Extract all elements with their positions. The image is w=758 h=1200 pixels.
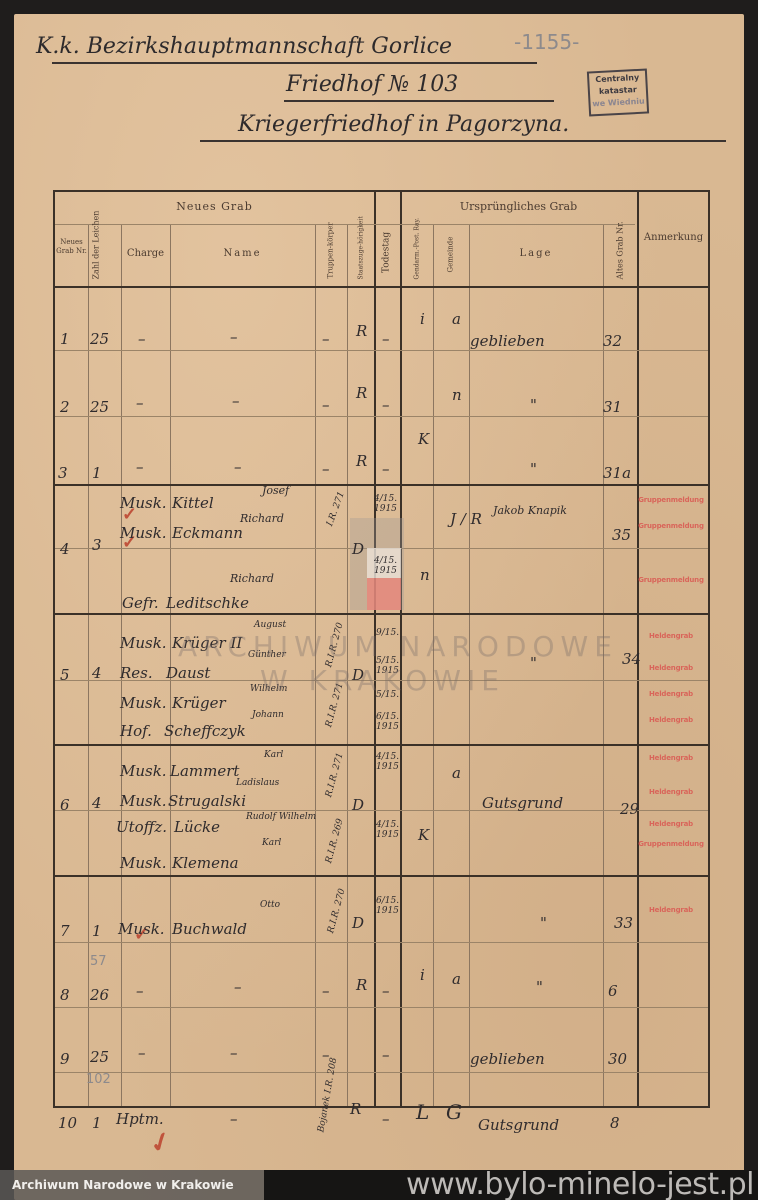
- row-6-location: Gutsgrund: [482, 794, 563, 812]
- row-8-death-date: –: [382, 982, 390, 1000]
- row-3-rank: –: [136, 458, 144, 476]
- row-4-entry-2-firstname: Richard: [240, 512, 284, 525]
- row-3-grave-number: 3: [58, 464, 68, 482]
- row-2-grave-number: 2: [60, 398, 70, 416]
- row-6-remark-stamp: Heldengrab: [638, 820, 704, 828]
- row-1-municipality: a: [452, 310, 461, 328]
- website-link[interactable]: www.bylo-minelo-jest.pl: [264, 1170, 758, 1200]
- row-10-nationality: R: [350, 1100, 361, 1118]
- row-8-rank: –: [136, 982, 144, 1000]
- row-8-grave-number: 8: [60, 986, 70, 1004]
- header-date-of-death: Todestag: [383, 228, 392, 278]
- row-9-location: geblieben: [470, 1050, 545, 1068]
- archive-watermark: ARCHIWUM NARODOWE: [178, 630, 618, 663]
- row-10-body-count: 1: [92, 1114, 102, 1132]
- row-6-entry-4-firstname: Karl: [262, 838, 281, 848]
- heading-underline: [200, 140, 726, 142]
- row-1-grave-number: 1: [60, 330, 70, 348]
- row-5-entry-4-rank: Hof.: [120, 722, 152, 740]
- row-8-gendarmerie: i: [420, 966, 425, 984]
- header-location: Lage: [469, 248, 603, 259]
- row-6-entry-2-rank: Musk.: [120, 792, 167, 810]
- row-4-nationality: D: [352, 540, 364, 558]
- row-7-grave-number: 7: [60, 922, 70, 940]
- row-6-entry-4-rank: Musk.: [120, 854, 167, 872]
- row-5-entry-3-rank: Musk.: [120, 694, 167, 712]
- header-number-of-bodies: Zahl der Leichen: [92, 230, 101, 280]
- row-6-entry-1-firstname: Karl: [264, 750, 283, 760]
- row-4-entry-3-death-date: 4/15. 1915: [374, 556, 400, 576]
- header-nationality: Staatszuge-hörigkeit: [357, 230, 366, 280]
- row-9-rank: –: [138, 1044, 146, 1062]
- row-7-death-date: 6/15. 1915: [376, 896, 402, 916]
- row-6-entry-3-firstname: Rudolf Wilhelm: [246, 812, 316, 822]
- row-4-municipality: J / R: [450, 510, 482, 528]
- row-4-remark-stamp: Gruppenmeldung: [638, 576, 704, 584]
- row-6-remark-stamp: Heldengrab: [638, 754, 704, 762]
- row-9-old-grave: 30: [608, 1050, 627, 1068]
- row-3-name: –: [234, 458, 242, 476]
- row-4-old-grave: 35: [612, 526, 631, 544]
- row-6-old-grave: 29: [620, 800, 639, 818]
- row-2-body-count: 25: [90, 398, 109, 416]
- row-1-nationality: R: [356, 322, 367, 340]
- row-6-gendarmerie: K: [418, 826, 429, 844]
- row-6-remark-stamp: Gruppenmeldung: [638, 840, 704, 848]
- row-10-grave-number: 10: [58, 1114, 77, 1132]
- row-1-unit: –: [322, 330, 330, 348]
- row-7-body-count: 1: [92, 922, 102, 940]
- archive-source-label: Archiwum Narodowe w Krakowie: [0, 1170, 264, 1200]
- row-7-surname: Buchwald: [172, 920, 247, 938]
- row-6-entry-3-surname: Lücke: [174, 818, 220, 836]
- row-4-entry-1-firstname: Josef: [262, 484, 289, 497]
- row-1-gendarmerie: i: [420, 310, 425, 328]
- row-2-unit: –: [322, 396, 330, 414]
- row-10-pencil-note: 102: [86, 1072, 111, 1087]
- row-5-remark-stamp: Heldengrab: [638, 716, 704, 724]
- pencil-archive-number: -1155-: [514, 30, 579, 54]
- row-4-gendarmerie: n: [420, 566, 430, 584]
- heading-underline: [284, 100, 554, 102]
- row-5-grave-number: 5: [60, 666, 70, 684]
- row-6-body-count: 4: [92, 794, 102, 812]
- row-1-location: geblieben: [470, 332, 545, 350]
- row-3-death-date: –: [382, 460, 390, 478]
- header-troop-unit: Truppen-körper: [327, 231, 336, 279]
- row-10-location: Gutsgrund: [478, 1116, 559, 1134]
- row-10-old-grave: 8: [610, 1114, 620, 1132]
- row-2-municipality: n: [452, 386, 462, 404]
- row-10-name: –: [230, 1110, 238, 1128]
- row-6-entry-1-death-date: 4/15. 1915: [376, 752, 402, 772]
- row-10-gendarmerie: L: [416, 1100, 429, 1124]
- row-7-old-grave: 33: [614, 914, 633, 932]
- row-5-remark-stamp: Heldengrab: [638, 690, 704, 698]
- row-4-remark-stamp: Gruppenmeldung: [638, 496, 704, 504]
- row-8-location: ": [536, 978, 543, 996]
- row-8-unit: –: [322, 982, 330, 1000]
- row-5-entry-1-rank: Musk.: [120, 634, 167, 652]
- header-new-grave-group: Neues Grab: [55, 200, 374, 213]
- row-4-remark-stamp: Gruppenmeldung: [638, 522, 704, 530]
- color-calibration-patch: [367, 578, 401, 610]
- row-3-old-grave: 31a: [603, 464, 631, 482]
- row-3-location: ": [530, 460, 537, 478]
- row-5-remark-stamp: Heldengrab: [638, 664, 704, 672]
- row-4-entry-3-rank: Gefr.: [122, 594, 159, 612]
- row-9-name: –: [230, 1044, 238, 1062]
- central-cadastre-stamp: Centralny katastar we Wiedniu: [587, 68, 649, 116]
- row-2-old-grave: 31: [603, 398, 622, 416]
- row-1-body-count: 25: [90, 330, 109, 348]
- row-6-remark-stamp: Heldengrab: [638, 788, 704, 796]
- row-7-nationality: D: [352, 914, 364, 932]
- header-new-grave-number: Neues Grab Nr.: [55, 238, 88, 256]
- row-4-entry-3-firstname: Richard: [230, 572, 274, 585]
- row-3-body-count: 1: [92, 464, 102, 482]
- header-rank: Charge: [121, 248, 170, 259]
- row-3-nationality: R: [356, 452, 367, 470]
- row-7-firstname: Otto: [260, 900, 280, 910]
- row-9-death-date: –: [382, 1046, 390, 1064]
- row-8-municipality: a: [452, 970, 461, 988]
- row-10-rank: Hptm.: [116, 1110, 164, 1128]
- row-8-old-grave: 6: [608, 982, 618, 1000]
- heading-underline: [52, 62, 537, 64]
- header-original-grave-group: Ursprüngliches Grab: [400, 200, 637, 213]
- row-8-name: –: [234, 978, 242, 996]
- row-5-entry-4-surname: Scheffczyk: [164, 722, 246, 740]
- row-2-location: ": [530, 396, 537, 414]
- row-10-municipality: G: [446, 1100, 462, 1124]
- row-6-entry-1-rank: Musk.: [120, 762, 167, 780]
- row-6-entry-4-surname: Klemena: [172, 854, 239, 872]
- row-6-entry-2-surname: Strugalski: [168, 792, 246, 810]
- row-8-pencil-note: 57: [90, 954, 107, 969]
- row-5-entry-1-firstname: August: [254, 620, 286, 630]
- header-old-grave-number: Altes Grab Nr.: [616, 230, 625, 280]
- row-3-gendarmerie: K: [418, 430, 429, 448]
- row-4-entry-1-death-date: 4/15. 1915: [374, 494, 400, 514]
- row-5-entry-2-surname: Daust: [166, 664, 210, 682]
- row-5-entry-4-death-date: 6/15. 1915: [376, 712, 402, 732]
- row-5-entry-4-firstname: Johann: [252, 710, 284, 720]
- row-10-death-date: –: [382, 1110, 390, 1128]
- row-4-entry-2-rank: Musk.: [120, 524, 167, 542]
- row-2-name: –: [232, 392, 240, 410]
- row-1-old-grave: 32: [603, 332, 622, 350]
- row-5-remark-stamp: Heldengrab: [638, 632, 704, 640]
- header-name: Name: [170, 248, 315, 259]
- row-7-remark-stamp: Heldengrab: [638, 906, 704, 914]
- row-9-body-count: 25: [90, 1048, 109, 1066]
- row-4-entry-1-rank: Musk.: [120, 494, 167, 512]
- row-9-grave-number: 9: [60, 1050, 70, 1068]
- row-1-rank: –: [138, 330, 146, 348]
- cemetery-location-heading: Kriegerfriedhof in Pagorzyna.: [238, 112, 569, 137]
- row-4-entry-1-surname: Kittel: [172, 494, 214, 512]
- archive-watermark: W KRAKOWIE: [260, 664, 505, 697]
- row-6-municipality: a: [452, 764, 461, 782]
- row-7-rank: Musk.: [118, 920, 165, 938]
- header-remarks: Anmerkung: [637, 232, 710, 243]
- row-2-nationality: R: [356, 384, 367, 402]
- header-gendarmerie-post: Gendarm.-Post. Ray.: [413, 230, 422, 280]
- row-5-body-count: 4: [92, 664, 102, 682]
- row-3-unit: –: [322, 460, 330, 478]
- row-6-grave-number: 6: [60, 796, 70, 814]
- row-5-entry-2-rank: Res.: [120, 664, 153, 682]
- row-8-nationality: R: [356, 976, 367, 994]
- row-4-entry-2-surname: Eckmann: [172, 524, 243, 542]
- row-6-nationality: D: [352, 796, 364, 814]
- row-1-name: –: [230, 328, 238, 346]
- row-4-body-count: 3: [92, 536, 102, 554]
- row-6-entry-3-rank: Utoffz.: [116, 818, 167, 836]
- row-4-entry-3-surname: Leditschke: [166, 594, 249, 612]
- row-5-entry-3-surname: Krüger: [172, 694, 226, 712]
- row-8-body-count: 26: [90, 986, 109, 1004]
- row-6-entry-3-death-date: 4/15. 1915: [376, 820, 402, 840]
- row-4-location: Jakob Knapik: [490, 504, 570, 517]
- row-6-entry-2-firstname: Ladislaus: [236, 778, 279, 788]
- district-office-heading: K.k. Bezirkshauptmannschaft Gorlice: [36, 34, 452, 59]
- header-municipality: Gemeinde: [447, 230, 456, 280]
- row-2-death-date: –: [382, 396, 390, 414]
- row-1-death-date: –: [382, 330, 390, 348]
- cemetery-number-heading: Friedhof № 103: [286, 72, 458, 97]
- row-7-location: ": [540, 914, 547, 932]
- row-4-grave-number: 4: [60, 540, 70, 558]
- row-6-entry-1-surname: Lammert: [170, 762, 239, 780]
- row-2-rank: –: [136, 394, 144, 412]
